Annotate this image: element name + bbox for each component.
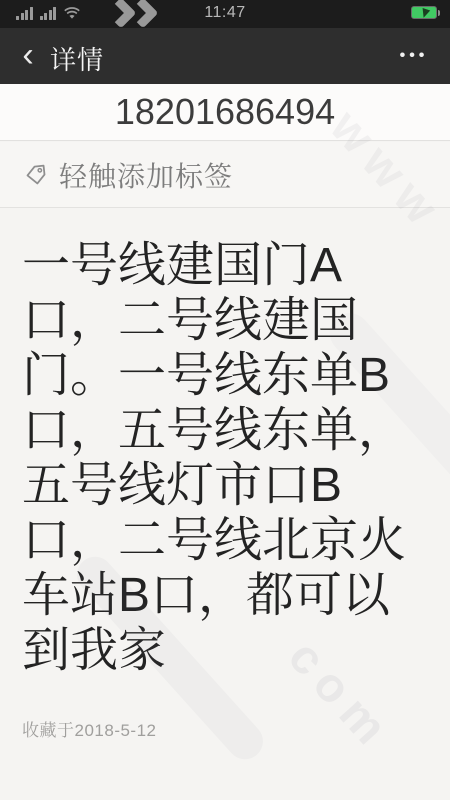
back-chevron-icon[interactable]: ‹ xyxy=(10,35,46,77)
note-area: 一号线建国门A 口，二号线建国 门。一号线东单B 口，五号线东单， 五号线灯市口… xyxy=(0,208,450,678)
phone-strip: 18201686494 xyxy=(0,84,450,141)
watermark-chevron-logo-icon xyxy=(106,0,176,36)
more-menu-icon[interactable]: ••• xyxy=(392,36,436,76)
nav-bar: ‹ 详情 ••• xyxy=(0,28,450,84)
status-bar: 11:47 xyxy=(0,0,450,28)
note-text: 一号线建国门A 口，二号线建国 门。一号线东单B 口，五号线东单， 五号线灯市口… xyxy=(22,238,430,678)
battery-charging-icon xyxy=(411,6,440,19)
tag-icon xyxy=(23,161,49,187)
status-time: 11:47 xyxy=(0,4,450,22)
saved-date-label: 收藏于2018-5-12 xyxy=(22,716,157,741)
add-tag-label: 轻触添加标签 xyxy=(59,155,233,195)
add-tag-row[interactable]: 轻触添加标签 xyxy=(0,142,450,208)
phone-number: 18201686494 xyxy=(0,84,450,140)
page-title: 详情 xyxy=(50,40,104,77)
